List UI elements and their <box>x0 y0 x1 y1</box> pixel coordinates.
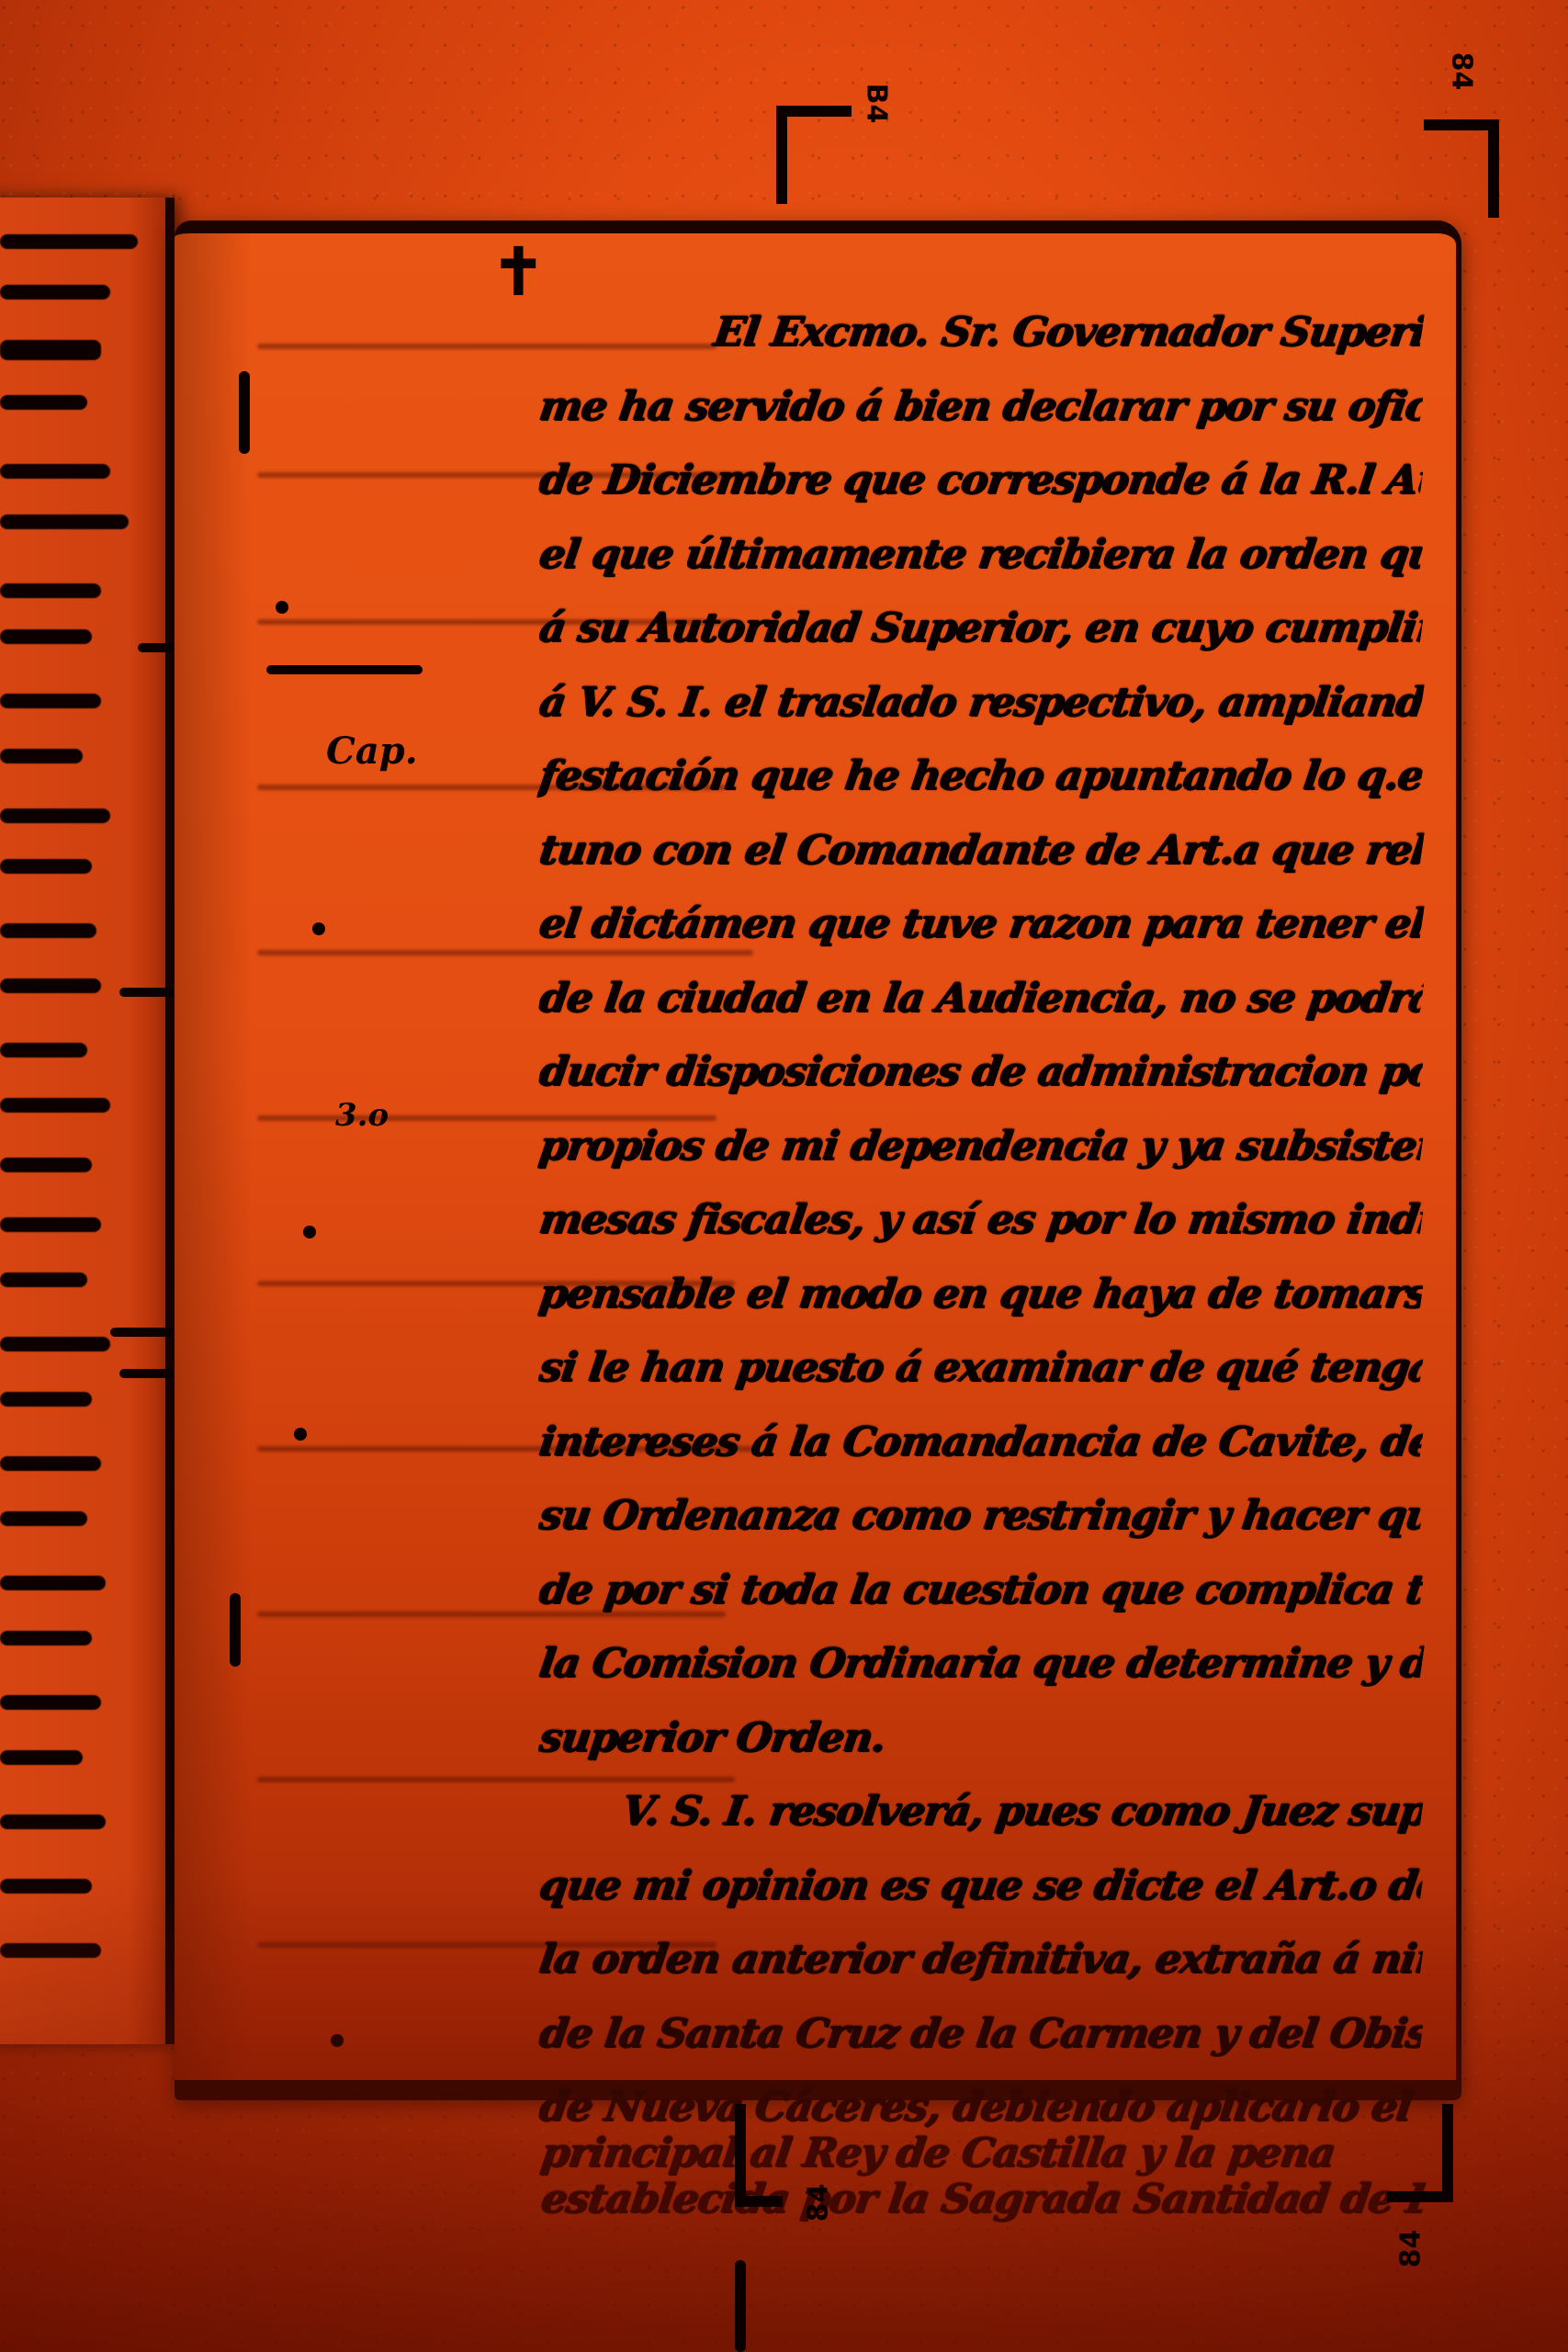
frame-label-bottom-left: 84 <box>802 2184 834 2222</box>
manuscript-line: su Ordenanza como restringir y hacer que… <box>536 1464 1428 1539</box>
margin-stroke <box>266 665 423 674</box>
manuscript-line: tuno con el Comandante de Art.a que reba… <box>536 799 1428 874</box>
left-page-script-line <box>0 340 101 360</box>
manuscript-line: el dictámen que tuve razon para tener el… <box>536 873 1428 947</box>
manuscript-line: de por si toda la cuestion que complica … <box>536 1539 1428 1613</box>
ink-spot <box>276 601 288 614</box>
film-shading <box>0 1874 1568 2352</box>
manuscript-line: de Diciembre que corresponde á la R.l Au… <box>536 429 1428 503</box>
manuscript-line: á su Autoridad Superior, en cuyo cumplim… <box>536 577 1428 651</box>
left-page-script-line <box>0 234 138 249</box>
left-page-script-line <box>0 1576 106 1590</box>
left-page-script-line <box>0 1272 87 1287</box>
left-page-script-line <box>0 1750 83 1765</box>
left-page-script-line <box>0 464 110 479</box>
crop-mark-top-right <box>1424 119 1499 218</box>
manuscript-line: me ha servido á bien declarar por su ofi… <box>536 356 1428 430</box>
ink-spot <box>312 922 325 935</box>
margin-note-middle: 3.o <box>335 1097 389 1134</box>
manuscript-line: propios de mi dependencia y ya subsisten… <box>536 1095 1428 1170</box>
left-page-script-line <box>0 694 101 708</box>
manuscript-line: el que últimamente recibiera la orden qu… <box>536 503 1428 578</box>
frame-label-top-right: 84 <box>1445 52 1477 91</box>
left-page-script-line <box>0 923 96 938</box>
left-page-script-line <box>0 1043 87 1057</box>
left-page-script-line <box>0 1511 87 1526</box>
manuscript-line: ducir disposiciones de administracion po… <box>536 1021 1428 1095</box>
manuscript-line: de la ciudad en la Audiencia, no se podr… <box>536 947 1428 1022</box>
left-page-script-line <box>0 1815 106 1829</box>
left-page-script-line <box>0 1631 92 1645</box>
film-edge-line <box>735 2260 746 2352</box>
left-page-script-line <box>0 808 110 823</box>
left-page <box>0 198 175 2044</box>
left-page-script-line <box>0 978 101 993</box>
manuscript-line: á V. S. I. el traslado respectivo, ampli… <box>536 651 1428 726</box>
left-page-script-line <box>0 285 110 300</box>
left-page-script-line <box>0 629 92 644</box>
manuscript-line: El Excmo. Sr. Governador Superior Civil <box>536 281 1428 356</box>
manuscript-line: intereses á la Comandancia de Cavite, de… <box>536 1391 1428 1465</box>
manuscript-page: ✝ Cap. 3.o El Excmo. Sr. Governador Supe… <box>175 220 1461 2100</box>
manuscript-line: mesas fiscales, y así es por lo mismo in… <box>536 1169 1428 1243</box>
left-page-script-line <box>0 1217 101 1232</box>
ink-spot <box>303 1226 316 1238</box>
manuscript-line: festación que he hecho apuntando lo q.e … <box>536 725 1428 799</box>
manuscript-line: pensable el modo en que haya de tomarse … <box>536 1243 1428 1317</box>
left-page-script-line <box>0 749 83 763</box>
left-page-script-line <box>0 395 87 410</box>
frame-label-bottom-right: 84 <box>1394 2230 1427 2268</box>
left-page-script-line <box>0 1392 92 1407</box>
cross-mark-icon: ✝ <box>491 233 546 310</box>
left-page-script-line <box>0 1695 101 1710</box>
manuscript-line: la Comision Ordinaria que determine y de… <box>536 1612 1428 1687</box>
margin-bracket <box>230 1593 241 1667</box>
frame-label-top-left: B4 <box>860 84 892 124</box>
manuscript-line: V. S. I. resolverá, pues como Juez super… <box>536 1760 1428 1835</box>
margin-note-upper: Cap. <box>326 729 418 773</box>
crop-mark-top-left <box>776 106 852 204</box>
left-page-script-line <box>0 1456 101 1471</box>
manuscript-line: superior Orden. <box>536 1687 1428 1761</box>
left-page-script-line <box>0 514 129 529</box>
left-page-script-line <box>0 1158 92 1172</box>
ink-spot <box>294 1428 307 1441</box>
left-page-script-line <box>0 583 101 598</box>
manuscript-line: si le han puesto á examinar de qué tenga… <box>536 1317 1428 1391</box>
margin-bracket <box>239 371 250 454</box>
left-page-script-line <box>0 1098 110 1113</box>
left-page-script-line <box>0 1337 110 1351</box>
crop-mark-bottom-left <box>735 2104 783 2207</box>
crop-mark-bottom-right <box>1387 2104 1453 2202</box>
left-page-script-line <box>0 859 92 874</box>
